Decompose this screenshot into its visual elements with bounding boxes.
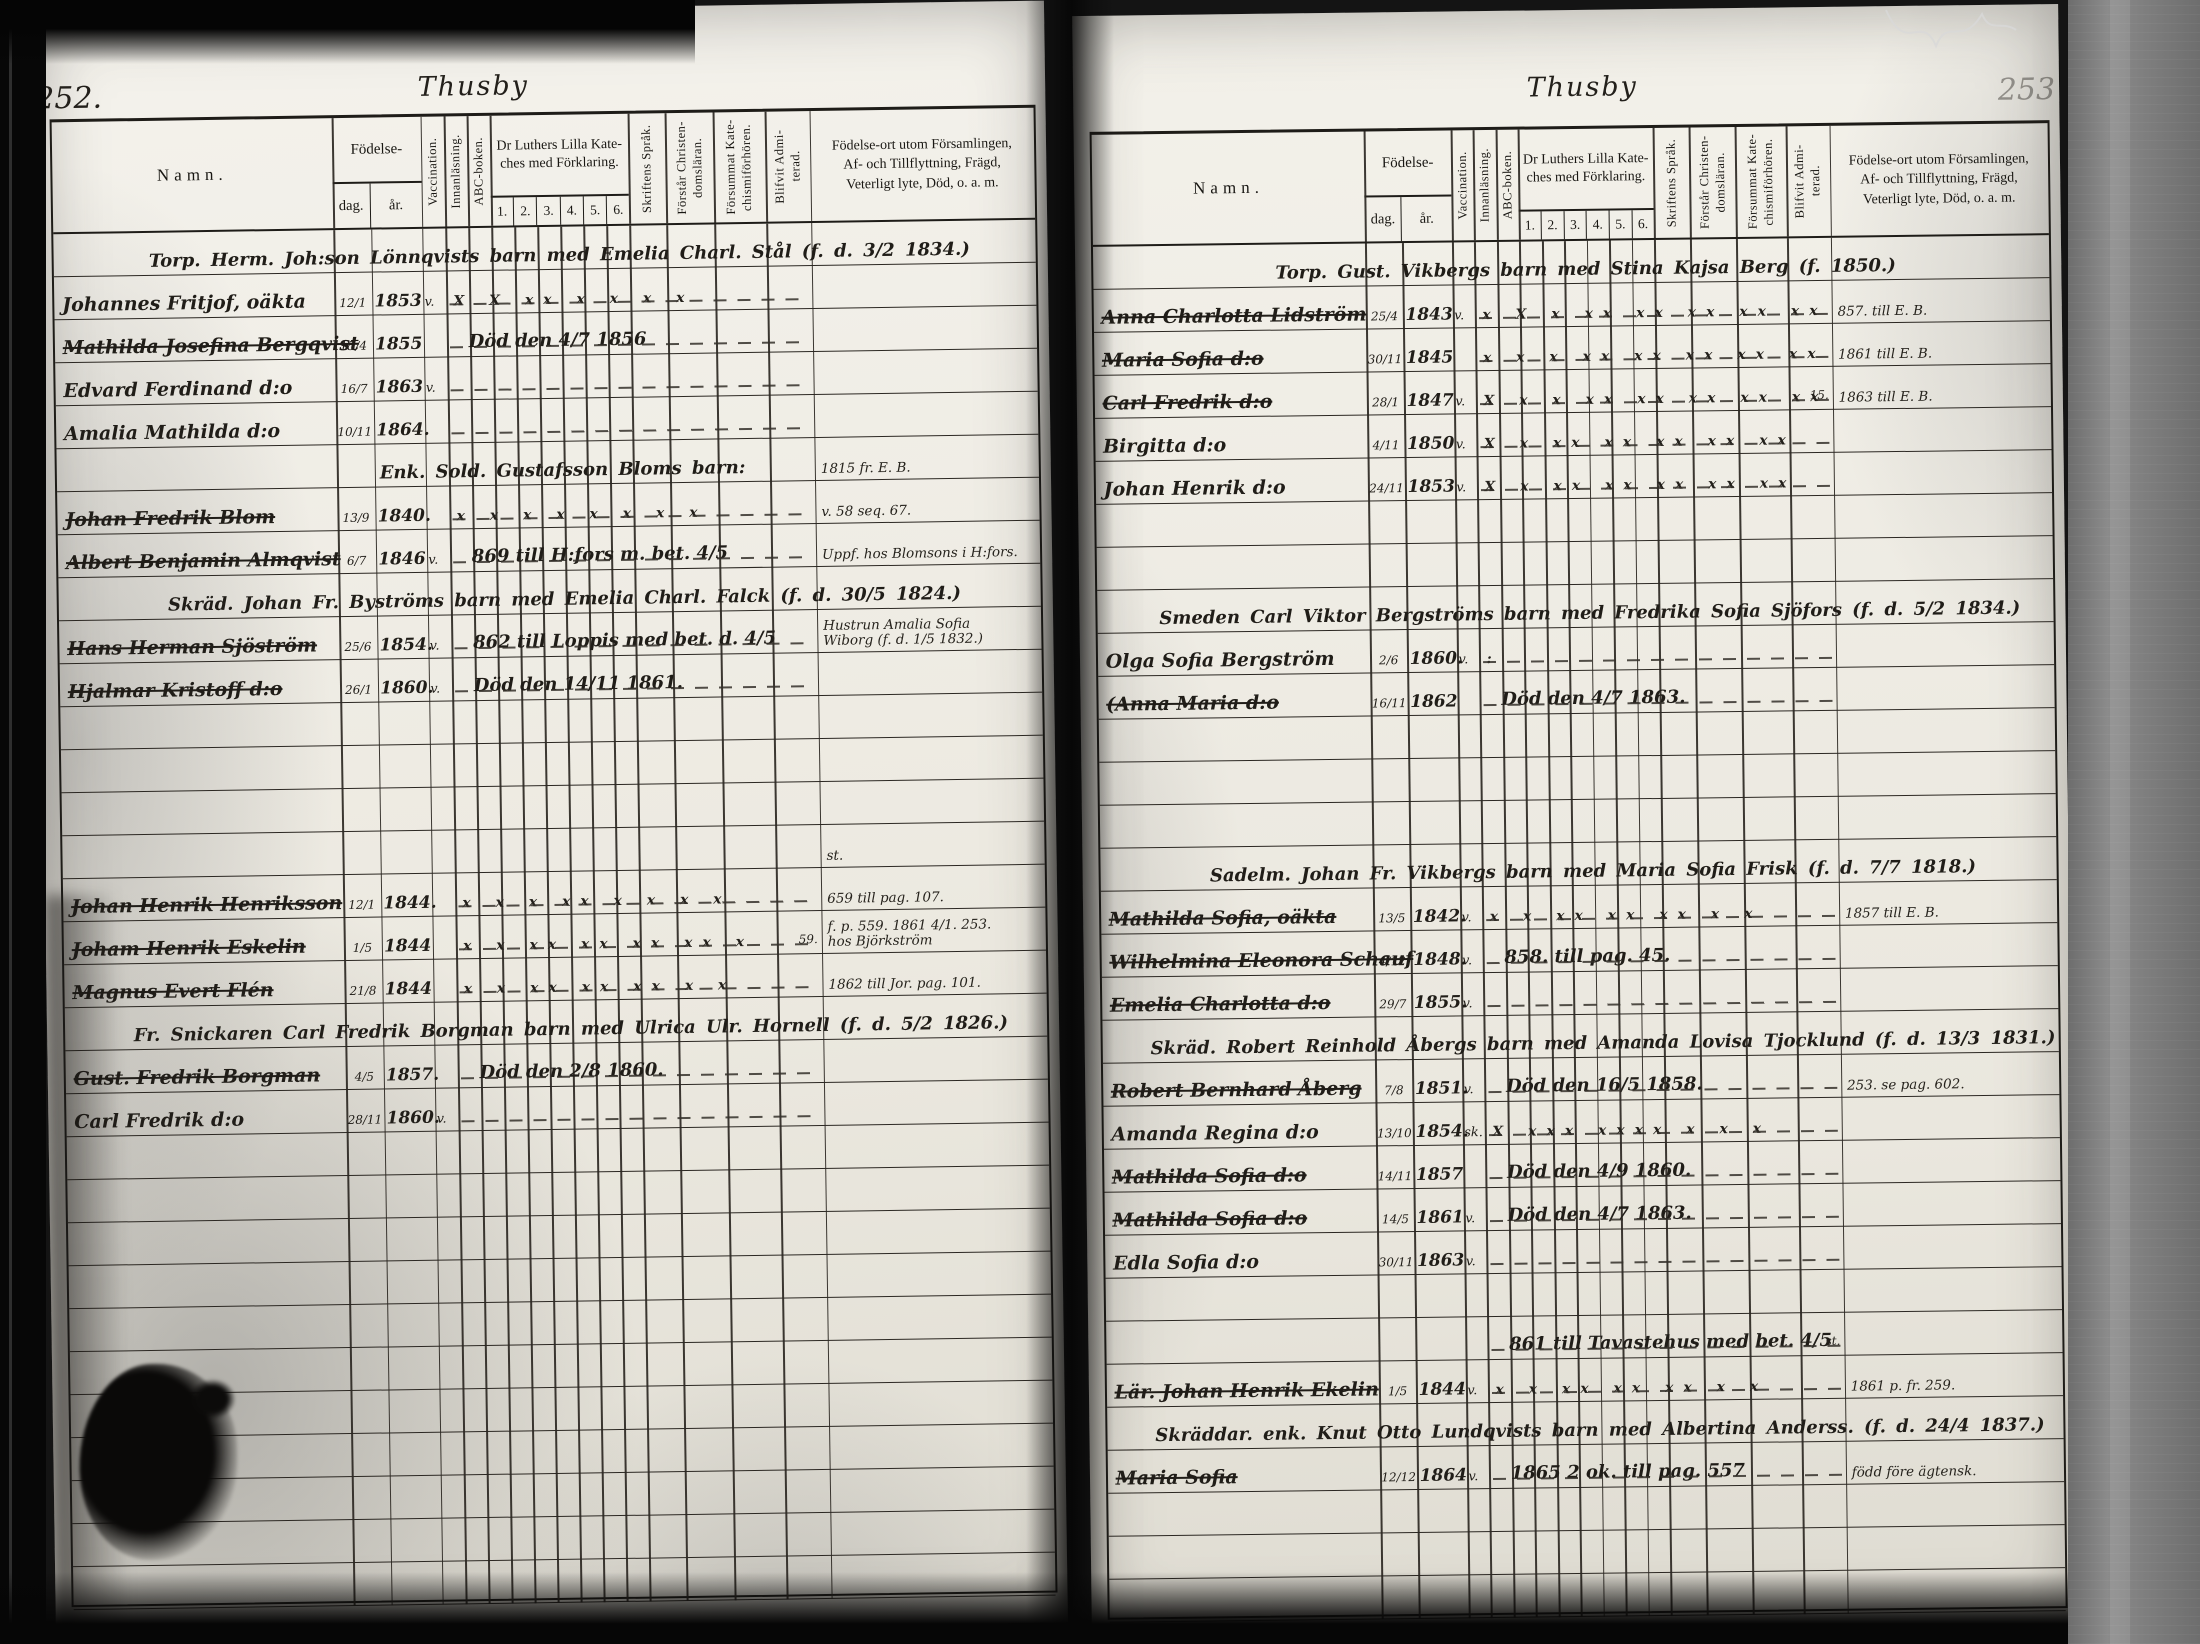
entry-examination-marks: [1481, 797, 1838, 843]
entry-name: Johannes Fritjof, oäkta: [62, 290, 332, 316]
entry-birth-day: [349, 1427, 390, 1428]
table-header: Namn. Födelse- dag. år. Vaccination. Inn…: [52, 108, 1036, 235]
entry-examination-marks: Död den 4/7 1863.: [1480, 668, 1837, 714]
entry-examination-marks: [458, 1083, 824, 1130]
entry-examination-marks: [462, 1384, 828, 1431]
entry-name: [71, 871, 341, 875]
table-header: Namn. Födelse- dag. år. Vaccination. Inn…: [1092, 123, 2049, 247]
reading-cross-marks: X x xx xx xx xx xx: [1484, 432, 1796, 452]
film-edge-bottom: [0, 1572, 2080, 1644]
kateches-col-3: 3.: [1564, 211, 1587, 239]
entry-examination-marks: Död den 14/11 1861.: [451, 653, 817, 700]
col-dag-label: dag.: [332, 184, 370, 229]
entry-birth-year: 1853: [1407, 476, 1457, 497]
entry-name: Lär. Johan Henrik Ekelin: [1114, 1378, 1377, 1403]
col-kateches-label: Dr Luthers Lilla Kate- ches med Förklari…: [490, 114, 630, 196]
entry-remark: [1840, 533, 2047, 536]
entry-birth-year: [1411, 754, 1461, 755]
entry-note: Död den 14/11 1861.: [474, 672, 683, 696]
entry-name: Maria Sofia d:o: [1102, 347, 1365, 372]
entry-name: Robert Bernhard Åberg: [1111, 1077, 1374, 1102]
entry-examination-marks: [459, 1169, 825, 1216]
entry-birth-day: 26/1: [338, 683, 379, 698]
entry-birth-day: 13/9: [335, 511, 376, 526]
entry-vaccination-mark: v.: [1456, 437, 1477, 452]
entry-remark: 1863 till E. B.: [1839, 389, 2047, 407]
reading-cross-marks: X xxx xxxx x x x: [1492, 1121, 1771, 1140]
entry-birth-day: 16/7: [333, 382, 374, 397]
entry-vaccination-mark: v.: [1465, 1211, 1486, 1226]
entry-birth-day: 24/11: [1366, 481, 1406, 495]
entry-birth-year: [1408, 539, 1458, 540]
entry-name: [1107, 798, 1370, 801]
entry-birth-day: 21/8: [342, 983, 383, 998]
entry-remark: v. 58 seq. 67.: [821, 502, 1034, 521]
entry-examination-marks: [464, 1470, 830, 1517]
col-vaccination-label: Vaccination.: [425, 137, 441, 205]
entry-vaccination-mark: v.: [430, 681, 452, 696]
entry-birth-year: [1418, 1313, 1468, 1314]
entry-remark: född före ägtensk.: [1852, 1464, 2060, 1482]
blifvit-line1: Blifvit Admi-: [1792, 144, 1808, 218]
entry-birth-day: 14/5: [1375, 1212, 1415, 1226]
entry-birth-year: 1855: [375, 334, 426, 355]
entry-remark: f. p. 559. 1861 4/1. 253. hos Björkström: [828, 917, 1042, 951]
entry-name: Anna Charlotta Lidström: [1101, 304, 1364, 329]
entry-vaccination-mark: v.: [430, 638, 452, 653]
col-abc-boken: ABC-boken.: [466, 116, 491, 226]
col-innanlasning-label: Innanläsning.: [1477, 148, 1493, 222]
col-forstar-christendomslaran: Förstår Christen-domsläran.: [665, 113, 714, 224]
entry-birth-year: [392, 1515, 443, 1516]
entry-birth-year: [393, 1558, 444, 1559]
entry-examination-marks: x x x x x x x x: [449, 481, 815, 528]
entry-remark: 1815 fr. E. B.: [821, 459, 1034, 478]
entry-examination-marks: [452, 696, 818, 743]
reading-cross-marks: x X x xx xx xx xx xx: [1482, 303, 1827, 323]
entry-birth-day: 1/5: [1377, 1384, 1417, 1398]
entry-note: 862 till Loppis med bet. d. 4/5: [473, 628, 776, 653]
entry-examination-marks: :: [1479, 625, 1836, 671]
entry-birth-day: 10/11: [334, 425, 375, 440]
reading-cross-marks: x x x xx xx xx xx xx: [1483, 346, 1826, 366]
entry-remark: [1850, 1350, 2057, 1353]
forstar-line2: domsläran.: [689, 138, 705, 198]
register-table-right: Namn. Födelse- dag. år. Vaccination. Inn…: [1090, 120, 2068, 1620]
kateches-line2: ches med Förklaring.: [490, 154, 629, 174]
entry-examination-marks: X x x xx xx xx xx xx15.: [1476, 367, 1833, 413]
entry-name: [69, 785, 339, 789]
entry-name: Maria Sofia: [1116, 1464, 1379, 1489]
kateches-col-1: 1.: [1519, 211, 1542, 239]
entry-vaccination-mark: v.: [1464, 1082, 1485, 1097]
entry-birth-day: 4/5: [344, 1069, 385, 1084]
register-rows: Torp. Gust. Vikbergs barn med Stina Kajs…: [1093, 235, 2066, 1623]
col-fodelse-sub: dag. år.: [332, 181, 422, 228]
entry-birth-year: 1844: [1418, 1379, 1468, 1400]
entry-vaccination-mark: v.: [1458, 652, 1479, 667]
entry-examination-marks: [448, 395, 814, 442]
scanner-background-right: [2068, 0, 2200, 1644]
entry-examination-marks: [1481, 754, 1838, 800]
entry-birth-year: 1862: [1410, 691, 1460, 712]
entry-birth-day: [348, 1384, 389, 1385]
entry-remark: [1839, 447, 2046, 450]
entry-remark: [1840, 490, 2047, 493]
entry-note: Död den 4/9 1860.: [1507, 1160, 1691, 1183]
entry-birth-day: [339, 783, 380, 784]
entry-birth-year: 1857.: [386, 1065, 437, 1086]
entry-birth-year: 1844: [384, 979, 435, 1000]
entry-examination-marks: [1480, 711, 1837, 757]
entry-examination-marks: [453, 739, 819, 786]
entry-name: Hjalmar Kristoff d:o: [68, 677, 338, 703]
entry-name: Mathilda Josefina Bergqvist: [63, 333, 333, 359]
entry-examination-marks: Död den 16/5 1858.: [1484, 1055, 1841, 1101]
entry-remark: [1843, 791, 2050, 794]
entry-vaccination-mark: v.: [437, 1111, 459, 1126]
entry-examination-marks: [1483, 969, 1840, 1015]
entry-vaccination-mark: v.: [428, 552, 450, 567]
entry-examination-marks: [460, 1255, 826, 1302]
entry-birth-day: [350, 1470, 391, 1471]
col-forstar-christendomslaran: Förstår Christen-domsläran.: [1689, 127, 1737, 238]
col-namn: Namn.: [52, 118, 333, 232]
entry-examination-marks: x x xx xx xx x x: [1482, 883, 1839, 929]
entry-birth-year: 1860.: [380, 678, 431, 699]
entry-birth-year: 1863: [1417, 1250, 1467, 1271]
entry-birth-year: [388, 1214, 439, 1215]
remark-header-line3: Veterligt lyte, Död, o. a. m.: [1830, 188, 2049, 210]
entry-birth-year: 1846: [378, 549, 429, 570]
entry-examination-marks: 861 till Tavastehus med bet. 4/5st.: [1488, 1313, 1845, 1359]
kateches-line1: Dr Luthers Lilla Kate-: [490, 136, 629, 156]
kateches-col-2: 2.: [1542, 211, 1565, 239]
forstar-line2: domsläran.: [1713, 152, 1729, 212]
kateches-col-6: 6.: [607, 196, 630, 224]
entry-examination-marks: X x xx xx xx xx xx: [1476, 410, 1833, 456]
entry-examination-marks: [1486, 1227, 1843, 1273]
entry-birth-year: 1857: [1416, 1164, 1466, 1185]
entry-remark: st.: [826, 846, 1039, 865]
entry-birth-year: 1864.: [376, 420, 427, 441]
entry-name: [69, 742, 339, 746]
entry-birth-day: 7/8: [1374, 1083, 1414, 1097]
entry-birth-day: 15/4: [333, 339, 374, 354]
entry-name: Birgitta d:o: [1103, 433, 1366, 458]
col-abc-label: ABC-boken.: [471, 137, 487, 206]
film-edge-left: [0, 0, 46, 1644]
film-edge-top: [0, 0, 695, 64]
entry-name: Carl Fredrik d:o: [1102, 390, 1365, 415]
entry-name: [1114, 1357, 1377, 1360]
col-namn-label: Namn.: [157, 165, 228, 186]
entry-note: Död den 4/7 1856: [469, 329, 647, 353]
entry-remark: [1843, 748, 2050, 751]
col-namn: Namn.: [1092, 132, 1366, 245]
entry-birth-year: 1851.: [1415, 1078, 1465, 1099]
entry-examination-marks: [447, 352, 813, 399]
entry-note: Död den 2/8 1860.: [479, 1059, 663, 1083]
entry-examination-marks: x x xx xx xx x x: [1488, 1356, 1845, 1402]
col-remarks: Födelse-ort utom Församlingen, Af- och T…: [1829, 123, 2049, 236]
entry-birth-day: 2/6: [1368, 653, 1408, 667]
entry-remark: [1849, 1221, 2056, 1224]
entry-name: [70, 828, 340, 832]
entry-vaccination-mark: v.: [1462, 953, 1483, 968]
entry-birth-day: 12/1: [341, 897, 382, 912]
entry-birth-day: [351, 1556, 392, 1557]
entry-name: Edla Sofia d:o: [1113, 1249, 1376, 1274]
entry-birth-year: 1844.: [383, 893, 434, 914]
entry-vaccination-mark: v.: [1454, 308, 1475, 323]
remark-header-line1: Födelse-ort utom Församlingen,: [1829, 149, 2048, 171]
entry-examination-marks: [464, 1513, 830, 1560]
entry-examination-marks: x X x xx xx xx xx xx: [1475, 281, 1832, 327]
entry-examination-marks: x x x xx x x x x: [455, 868, 821, 915]
entry-name: [1105, 584, 1368, 587]
entry-birth-day: 14/11: [1375, 1169, 1415, 1183]
kateches-line2: ches med Förklaring.: [1518, 168, 1653, 188]
forsummat-line1: Försummat Kate-: [723, 119, 739, 215]
entry-birth-year: 1860.: [1410, 648, 1460, 669]
col-fodelse: Födelse- dag. år.: [1364, 130, 1452, 241]
col-kateches-label: Dr Luthers Lilla Kate- ches med Förklari…: [1518, 128, 1654, 210]
entry-birth-year: 1853: [374, 291, 425, 312]
entry-birth-day: 25/6: [337, 640, 378, 655]
entry-birth-day: 4/12: [1372, 954, 1412, 968]
entry-name: Hans Herman Sjöström: [67, 634, 337, 660]
page-gutter-shadow: [1026, 0, 1114, 1644]
entry-remark: 1861 p. fr. 259.: [1851, 1378, 2059, 1396]
col-fodelse: Födelse- dag. år.: [331, 117, 421, 228]
blifvit-line2: terad.: [788, 151, 803, 182]
entry-remark: 1857 till E. B.: [1845, 905, 2053, 923]
col-skrift-label: Skriftens Språk.: [1663, 138, 1679, 227]
entry-vaccination-mark: v.: [426, 380, 448, 395]
entry-birth-year: [392, 1472, 443, 1473]
entry-side-note: st.: [1826, 1334, 1841, 1348]
entry-birth-day: 6/7: [336, 554, 377, 569]
entry-name: [1104, 541, 1367, 544]
entry-birth-day: 1/5: [342, 940, 383, 955]
kateches-col-4: 4.: [1587, 211, 1610, 239]
forstar-line1: Förstår Christen-: [1696, 136, 1712, 230]
entry-side-note: 59.: [799, 932, 818, 946]
kateches-col-2: 2.: [514, 197, 538, 225]
entry-examination-marks: [453, 782, 819, 829]
col-vaccination: Vaccination.: [1451, 130, 1475, 240]
col-vaccination-label: Vaccination.: [1455, 151, 1471, 219]
entry-vaccination-mark: v.: [1466, 1254, 1487, 1269]
entry-remark: [1846, 1006, 2053, 1009]
entry-birth-day: [345, 1169, 386, 1170]
entry-examination-marks: [454, 825, 820, 872]
kateches-col-6: 6.: [1632, 210, 1654, 238]
entry-vaccination-mark: v.: [1468, 1469, 1489, 1484]
entry-birth-day: [346, 1255, 387, 1256]
entry-remark: Uppf. hos Blomsons i H:fors.: [822, 545, 1035, 564]
entry-examination-marks: [463, 1427, 829, 1474]
entry-note: 1865 2 ok. till pag. 557: [1511, 1460, 1745, 1484]
entry-side-note: 15.: [1810, 388, 1829, 402]
reading-cross-marks: x x x x x x x x: [457, 505, 708, 525]
entry-examination-marks: x x x xx xx xx xx xx: [1475, 324, 1832, 370]
col-skrift-label: Skriftens Språk.: [639, 124, 655, 213]
entry-birth-year: 1840.: [377, 506, 428, 527]
entry-remark: [1842, 705, 2049, 708]
entry-examination-marks: 1865 2 ok. till pag. 557: [1489, 1442, 1846, 1488]
entry-examination-marks: x x xx xx xx xx x59.: [455, 911, 821, 958]
entry-birth-day: 28/1: [1365, 395, 1405, 409]
entry-examination-marks: Död den 4/7 1856: [446, 309, 812, 356]
entry-remark: [1853, 1565, 2060, 1568]
col-kateches-numbers: 1. 2. 3. 4. 5. 6.: [491, 194, 630, 226]
entry-birth-year: 1860.: [386, 1108, 437, 1129]
entry-vaccination-mark: v.: [1467, 1383, 1488, 1398]
entry-birth-day: 29/7: [1373, 997, 1413, 1011]
entry-birth-year: 1848.: [1413, 949, 1463, 970]
entry-name: Mathilda Sofia d:o: [1112, 1163, 1375, 1188]
entry-birth-day: 28/11: [344, 1112, 385, 1127]
entry-examination-marks: 862 till Loppis med bet. d. 4/5: [451, 610, 817, 657]
entry-birth-day: 30/11: [1365, 352, 1405, 366]
entry-birth-year: 1854.: [379, 635, 430, 656]
remark-header-line2: Af- och Tillflyttning, Frägd,: [1830, 168, 2049, 190]
entry-note: 869 till H:fors m. bet. 4/5: [472, 542, 729, 567]
forsummat-line2: chismiförhören.: [1761, 138, 1777, 225]
reading-cross-marks: X x x xx xx xx xx xx: [1483, 389, 1828, 409]
entry-vaccination-mark: v.: [424, 294, 446, 309]
entry-examination-marks: [458, 1126, 824, 1173]
kateches-col-1: 1.: [491, 197, 515, 225]
entry-birth-year: [1411, 797, 1461, 798]
register-page-left: 252. Thusby Namn. Födelse- dag. år. Vacc…: [32, 1, 1068, 1638]
entry-remark: Hustrun Amalia Sofia Wiborg (f. d. 1/5 1…: [823, 616, 1037, 650]
col-skriftens-sprak: Skriftens Språk.: [628, 113, 666, 224]
entry-name: Wilhelmina Eleonora Schauf: [1109, 948, 1372, 973]
col-innanlasning: Innanläsning.: [1473, 130, 1497, 240]
entry-birth-day: [350, 1513, 391, 1514]
entry-examination-marks: Död den 2/8 1860.: [457, 1040, 823, 1087]
entry-name: (Anna Maria d:o: [1106, 691, 1369, 716]
parish-title-right: Thusby: [1526, 71, 1638, 103]
entry-vaccination-mark: sk.: [1464, 1125, 1485, 1140]
entry-name: [1114, 1314, 1377, 1317]
entry-birth-year: 1847: [1406, 390, 1456, 411]
entry-birth-day: [340, 826, 381, 827]
entry-name: Olga Sofia Bergström: [1106, 648, 1369, 673]
forstar-line1: Förstår Christen-: [673, 121, 689, 215]
entry-name: Johan Fredrik Blom: [65, 505, 335, 531]
entry-birth-year: 1845: [1406, 347, 1456, 368]
entry-birth-year: 1844: [384, 936, 435, 957]
entry-birth-year: [382, 784, 433, 785]
col-forsummat-katechismiforhoren: Försummat Kate-chismiförhören.: [712, 112, 766, 223]
entry-birth-day: [348, 1341, 389, 1342]
entry-birth-year: [389, 1300, 440, 1301]
entry-examination-marks: X x xx xx xx xx xx: [1477, 453, 1834, 499]
reading-cross-marks: :: [1486, 651, 1501, 667]
entry-birth-year: 1861: [1416, 1207, 1466, 1228]
blifvit-line1: Blifvit Admi-: [772, 129, 788, 203]
col-fodelse-sub: dag. år.: [1365, 194, 1452, 241]
entry-birth-year: [1409, 582, 1459, 583]
col-vaccination: Vaccination.: [420, 117, 445, 227]
entry-birth-year: [383, 870, 434, 871]
col-remarks: Födelse-ort utom Församlingen, Af- och T…: [809, 108, 1035, 221]
kateches-line1: Dr Luthers Lilla Kate-: [1518, 150, 1653, 170]
scratch-mark: [1878, 0, 2068, 60]
entry-remark: [1846, 963, 2053, 966]
entry-vaccination-mark: v.: [1455, 394, 1476, 409]
entry-note: 858. till pag. 45.: [1504, 945, 1670, 968]
col-fodelse-label: Födelse-: [1364, 130, 1451, 195]
entry-remark: [1850, 1307, 2057, 1310]
blifvit-line2: terad.: [1808, 165, 1823, 196]
entry-name: [1107, 756, 1370, 759]
entry-birth-year: [391, 1429, 442, 1430]
entry-note: 861 till Tavastehus med bet. 4/5: [1509, 1330, 1832, 1355]
entry-birth-year: [382, 827, 433, 828]
entry-note: Död den 4/7 1863.: [1507, 1203, 1691, 1226]
entry-remark: [1841, 576, 2048, 579]
page-number-right: 253: [1998, 72, 2056, 108]
entry-remark: 1861 till E. B.: [1838, 346, 2046, 364]
remark-header-line3: Veterligt lyte, Död, o. a. m.: [810, 173, 1035, 196]
reading-cross-marks: x x xx xx xx xx x: [463, 934, 754, 954]
register-page-right: 253 Thusby Namn. Födelse- dag. år. Vacci…: [1072, 4, 2078, 1636]
entry-remark: [1849, 1264, 2056, 1267]
entry-examination-marks: [1490, 1485, 1847, 1531]
entry-birth-day: 16/11: [1369, 696, 1409, 710]
entry-examination-marks: [461, 1298, 827, 1345]
kateches-col-5: 5.: [1609, 210, 1632, 238]
entry-remark: [1852, 1522, 2059, 1525]
register-body: Torp. Gust. Vikbergs barn med Stina Kajs…: [1093, 235, 2066, 1623]
forsummat-line1: Försummat Kate-: [1745, 134, 1761, 230]
entry-examination-marks: [1478, 539, 1835, 585]
entry-remark: [1848, 1178, 2055, 1181]
entry-remark: [1844, 834, 2051, 837]
col-innanlasning-label: Innanläsning.: [448, 134, 464, 208]
col-ar-label: år.: [1402, 196, 1452, 241]
parish-title-left: Thusby: [417, 70, 529, 103]
col-skriftens-sprak: Skriftens Språk.: [1653, 128, 1690, 238]
entry-birth-year: 1843: [1405, 304, 1455, 325]
entry-birth-year: [1418, 1356, 1468, 1357]
col-namn-label: Namn.: [1193, 178, 1264, 199]
kateches-col-3: 3.: [537, 197, 561, 225]
entry-name: Mathilda Sofia, oäkta: [1109, 905, 1372, 930]
entry-birth-day: 30/11: [1376, 1255, 1416, 1269]
entry-remark: 659 till pag. 107.: [827, 889, 1040, 908]
entry-examination-marks: [1478, 496, 1835, 542]
entry-examination-marks: [1487, 1270, 1844, 1316]
entry-name: Edvard Ferdinand d:o: [63, 376, 333, 402]
entry-vaccination-mark: v.: [1463, 996, 1484, 1011]
col-kateches: Dr Luthers Lilla Kate- ches med Förklari…: [490, 114, 630, 226]
entry-birth-day: [339, 740, 380, 741]
entry-birth-year: 1842.: [1413, 906, 1463, 927]
entry-birth-year: [390, 1343, 441, 1344]
entry-birth-day: 12/12: [1378, 1470, 1418, 1484]
entry-birth-year: 1854.: [1415, 1121, 1465, 1142]
entry-birth-year: [389, 1257, 440, 1258]
entry-birth-year: [1412, 840, 1462, 841]
entry-remark: 857. till E. B.: [1837, 303, 2045, 321]
entry-birth-day: 12/1: [332, 296, 373, 311]
